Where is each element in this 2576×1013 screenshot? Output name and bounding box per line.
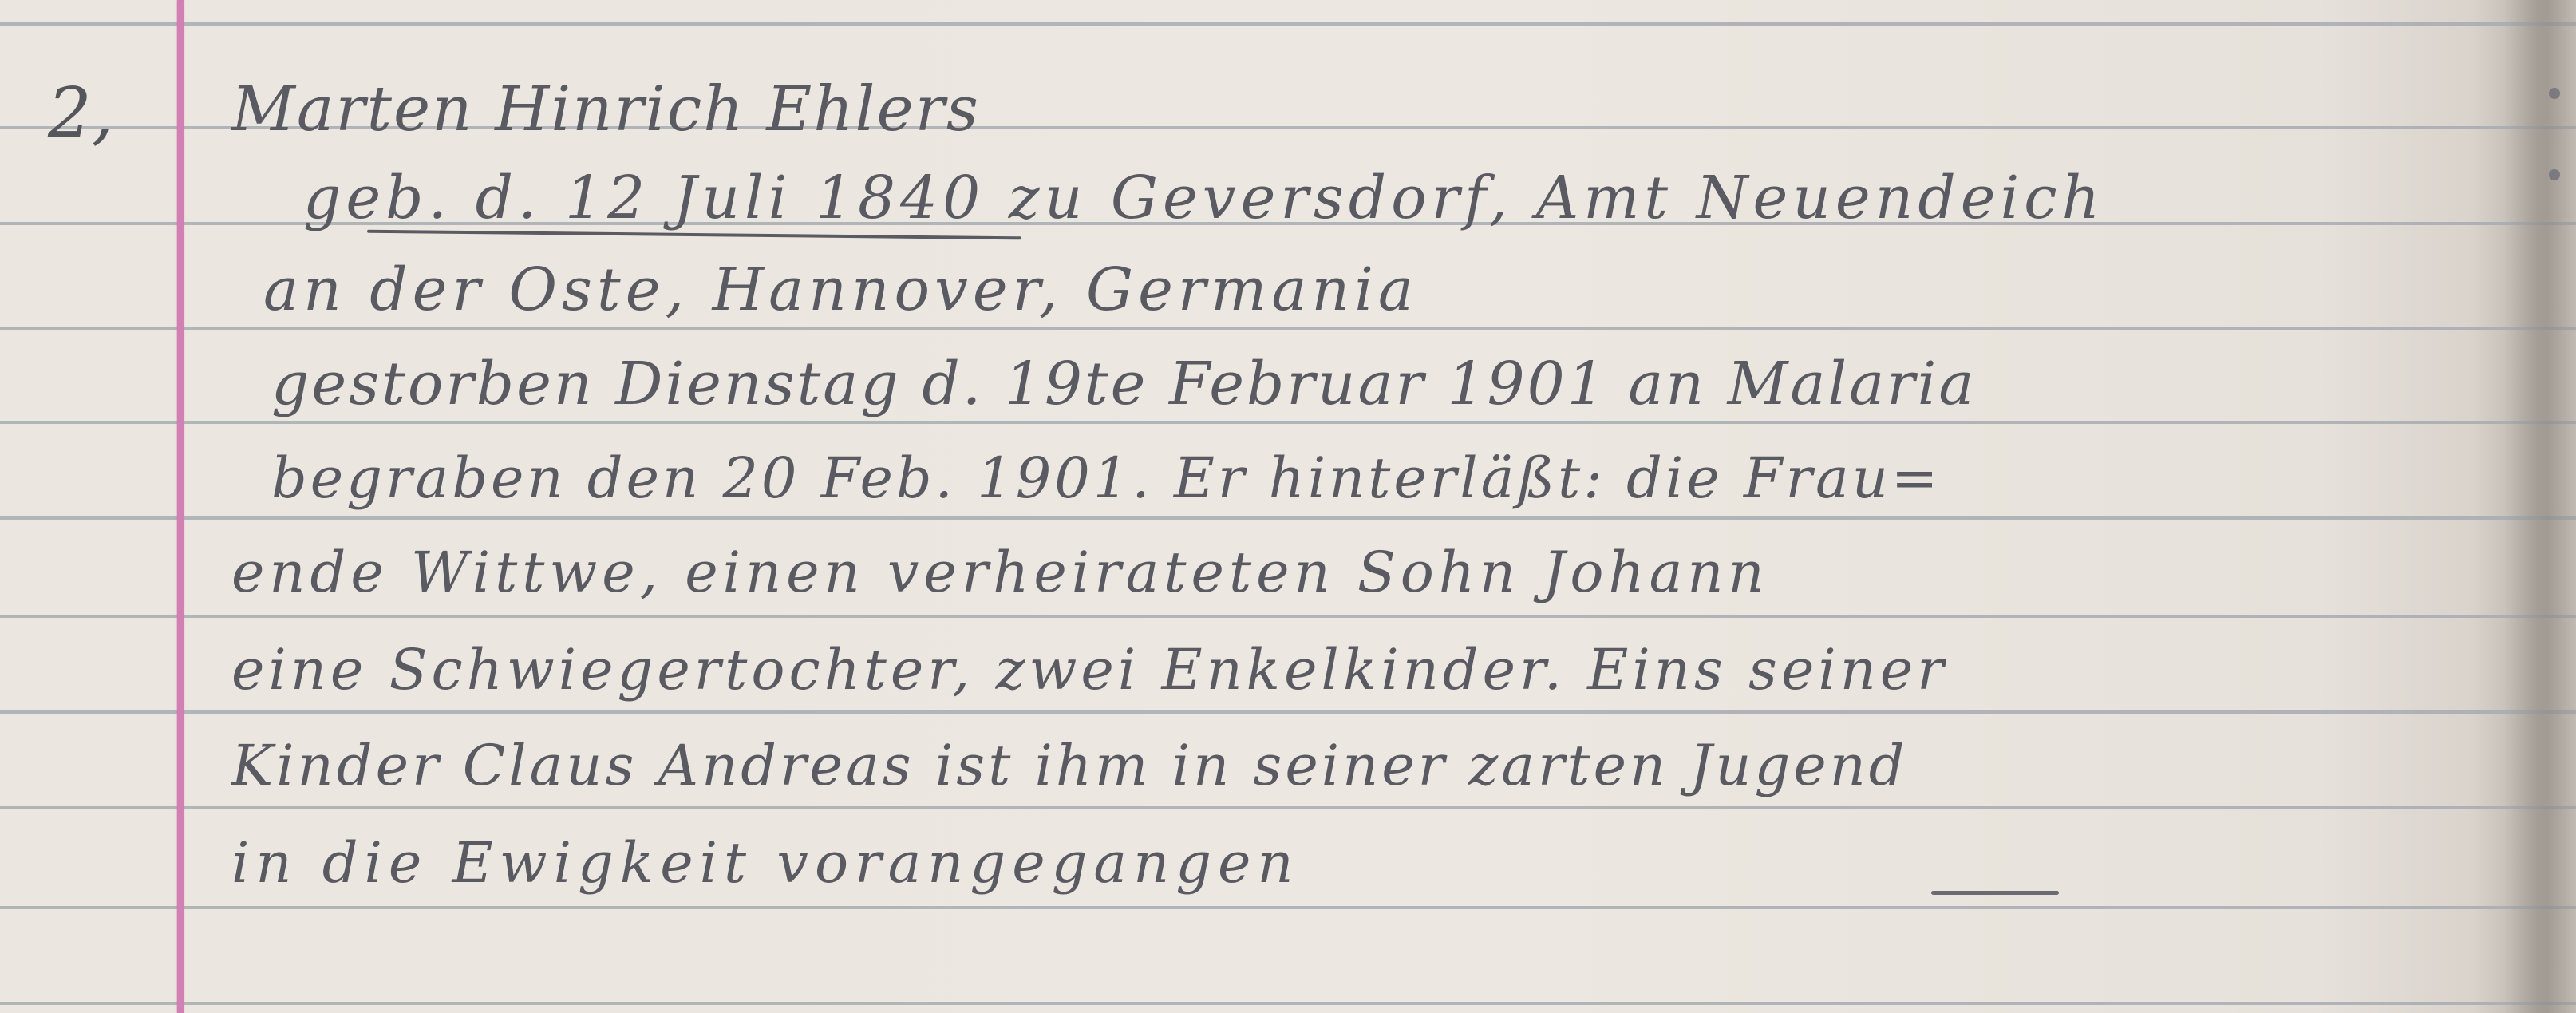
handwritten-line-closing: in die Ewigkeit vorangegangen [231, 830, 1300, 896]
ledger-page: 2, Marten Hinrich Ehlers geb. d. 12 Juli… [0, 0, 2576, 1013]
ruled-line [0, 22, 2576, 26]
entry-end-dash [1931, 891, 2059, 895]
ruled-line [0, 906, 2576, 909]
book-spine-shadow [2504, 0, 2576, 1013]
margin-line [177, 0, 184, 1013]
entry-number: 2, [48, 73, 113, 153]
binding-mark [2549, 169, 2560, 180]
handwritten-line-birthplace: an der Oste, Hannover, Germania [263, 255, 1418, 324]
ruled-line [0, 1002, 2576, 1005]
handwritten-line-birth: geb. d. 12 Juli 1840 zu Geversdorf, Amt … [303, 164, 2104, 232]
handwritten-line-survivors-1: ende Wittwe, einen verheirateten Sohn Jo… [231, 540, 1769, 605]
handwritten-line-survivors-2: eine Schwiegertochter, zwei Enkelkinder.… [231, 637, 1948, 702]
ruled-line [0, 421, 2576, 424]
ruled-line [0, 710, 2576, 714]
ruled-line [0, 327, 2576, 330]
handwritten-line-death: gestorben Dienstag d. 19te Februar 1901 … [271, 350, 1976, 418]
handwritten-line-name: Marten Hinrich Ehlers [231, 73, 980, 145]
handwritten-line-burial: begraben den 20 Feb. 1901. Er hinterläßt… [271, 445, 1941, 511]
ruled-line [0, 806, 2576, 809]
binding-mark [2549, 88, 2560, 99]
ruled-line [0, 615, 2576, 618]
ruled-line [0, 516, 2576, 520]
handwritten-line-survivors-3: Kinder Claus Andreas ist ihm in seiner z… [231, 733, 1908, 798]
